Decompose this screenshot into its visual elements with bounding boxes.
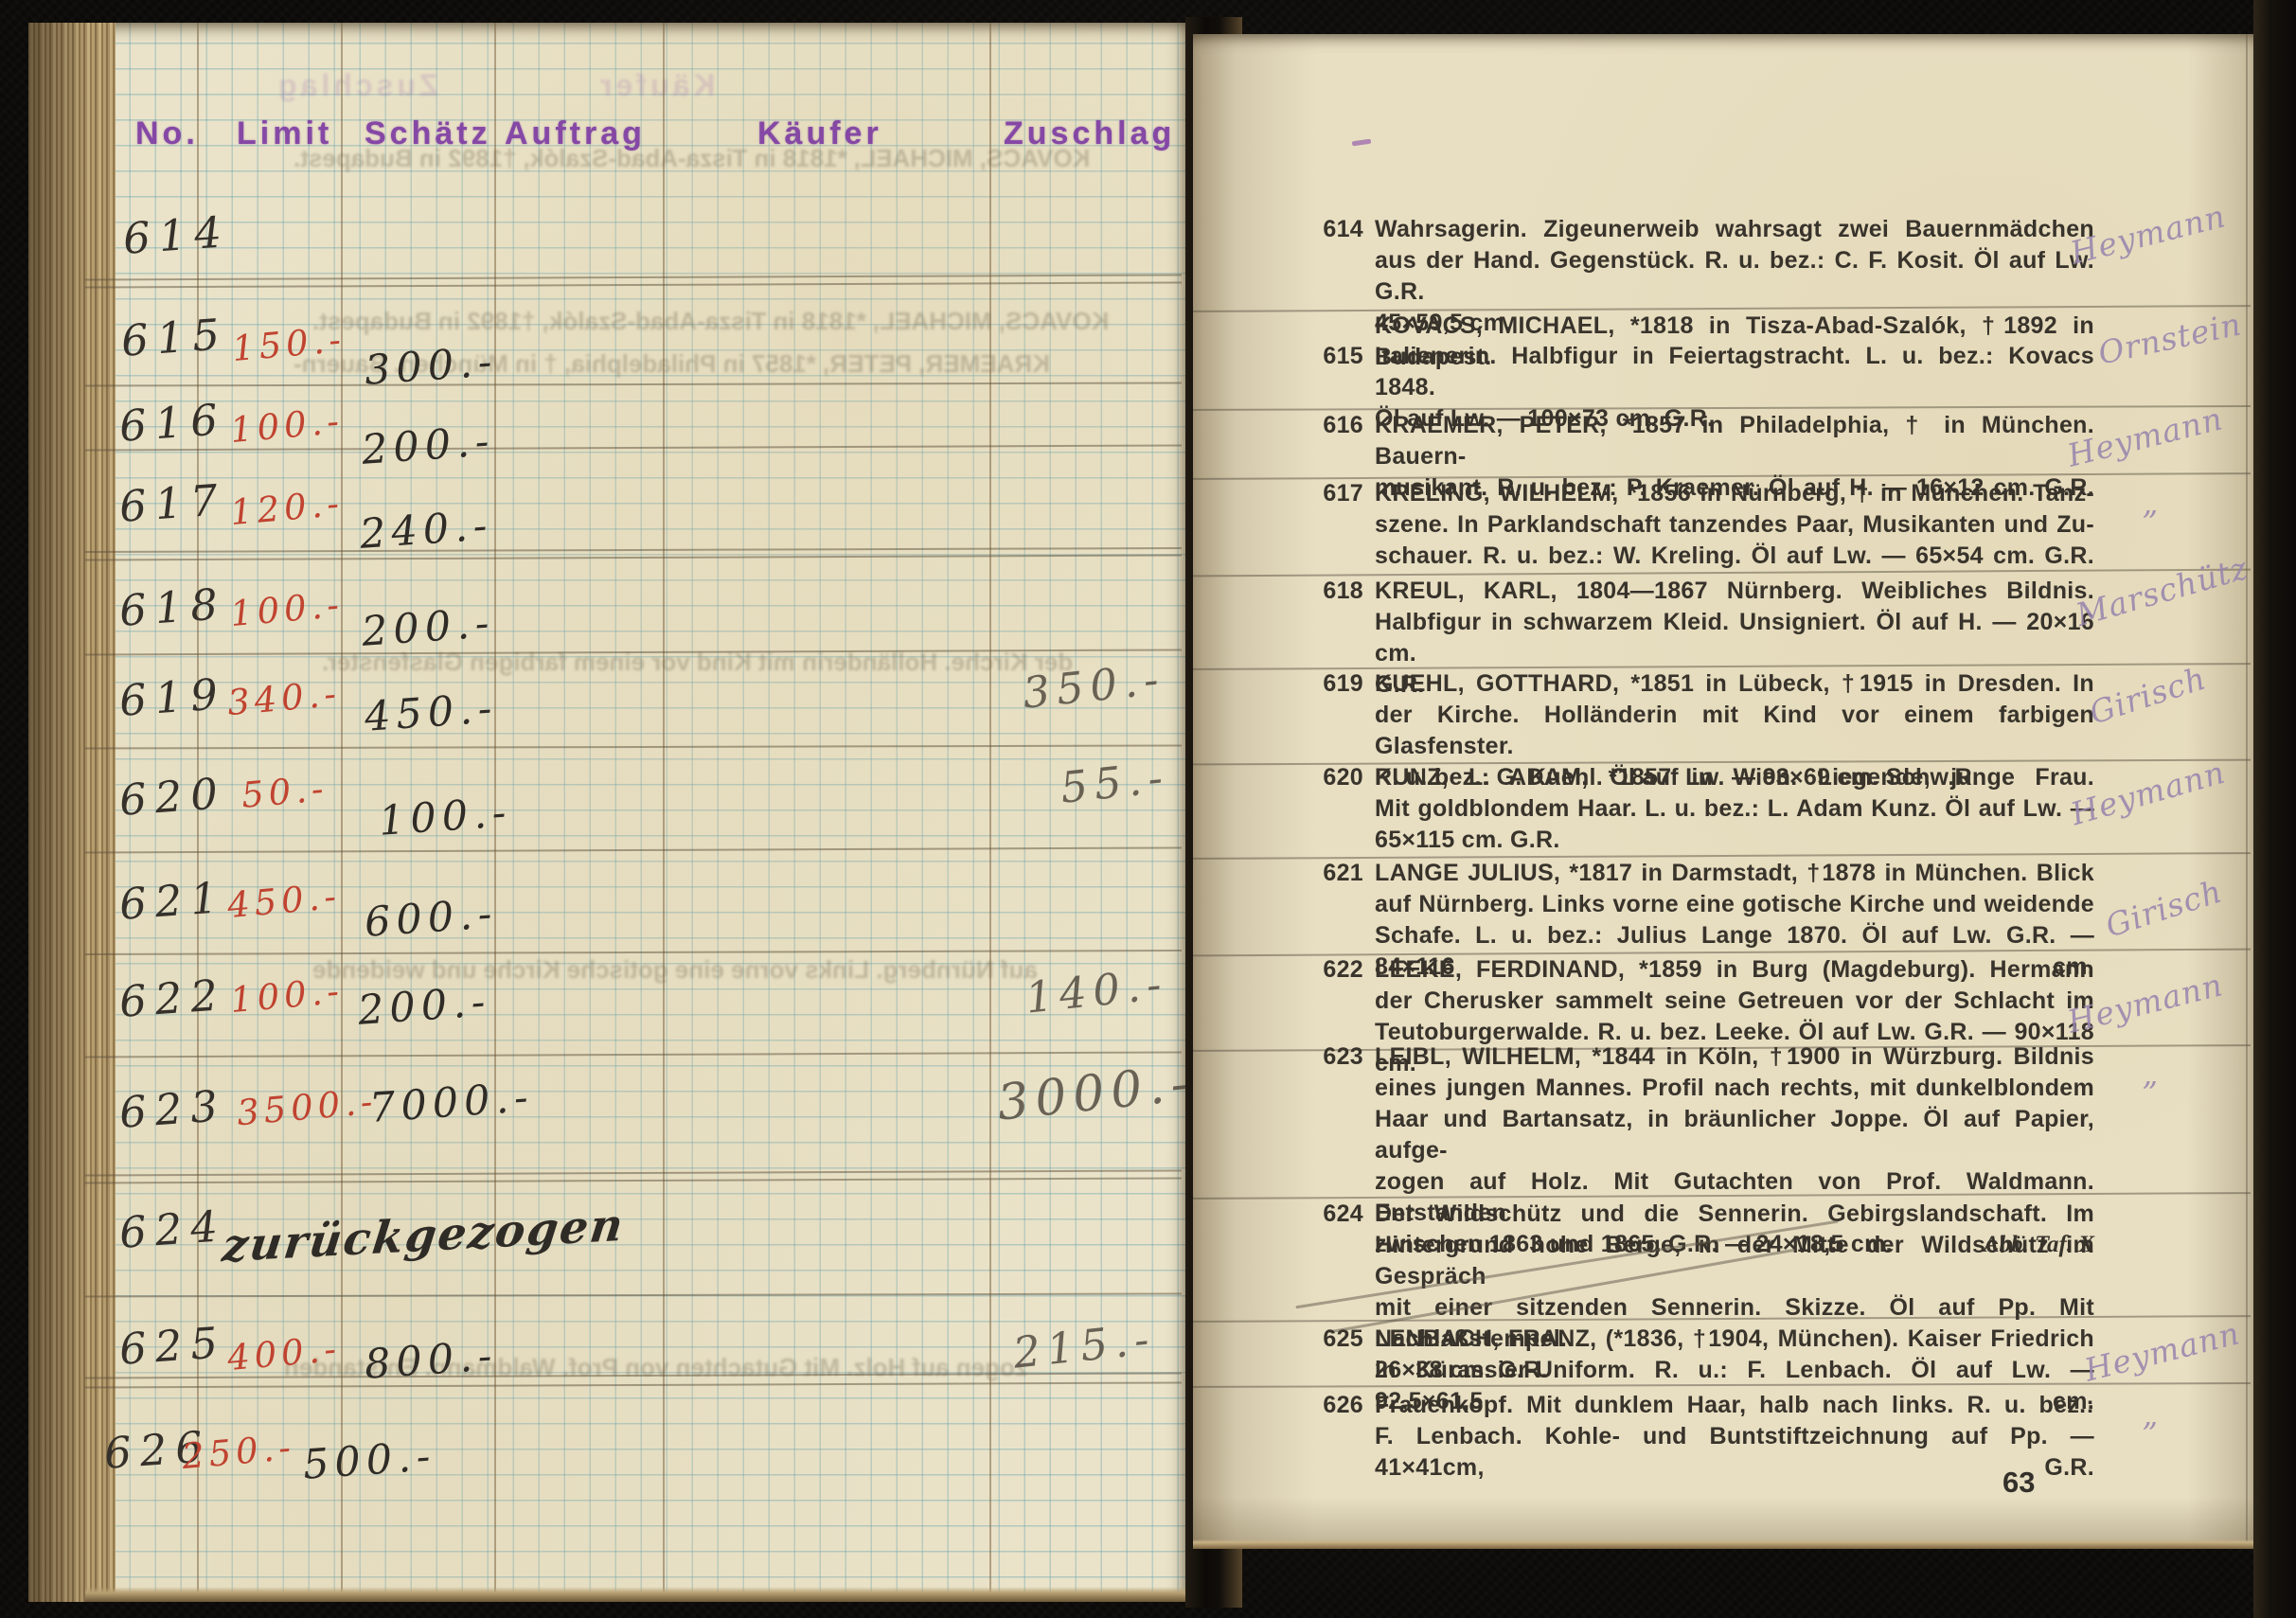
limit-value: 100.- — [228, 584, 345, 634]
lot-number: 616 — [117, 394, 227, 452]
page-bottom-edge — [85, 1587, 1185, 1602]
bleed-through-text: Zuschlag — [275, 68, 437, 103]
schaetz-value: 7000.- — [367, 1074, 535, 1132]
schaetz-value: 200.- — [360, 599, 495, 656]
entry-line: Haar und Bartansatz, in bräunlicher Jopp… — [1375, 1104, 2094, 1166]
entry-line: KRELING, WILHELM, *1856 in Nürnberg, † i… — [1375, 478, 2094, 509]
margin-annotation: Girisch — [2085, 659, 2211, 731]
limit-value: 120.- — [228, 483, 345, 533]
ruled-line — [85, 382, 1182, 386]
limit-value: 100.- — [228, 400, 345, 451]
page-bottom-edge — [1193, 1539, 2253, 1549]
margin-annotation: Heymann — [2081, 1314, 2244, 1388]
schaetz-value: 200.- — [356, 978, 491, 1035]
lot-number: 621 — [117, 872, 227, 930]
bleed-through-text: Käufer — [596, 68, 715, 103]
zuschlag-value: 55.- — [1059, 752, 1172, 813]
entry-line: eines jungen Mannes. Profil nach rechts,… — [1375, 1073, 2094, 1104]
lot-number: 619 — [1314, 668, 1363, 700]
page-edge-stack — [28, 23, 116, 1602]
withdrawn-note: zurückgezogen — [220, 1200, 628, 1273]
entry-line: LEEKE, FERDINAND, *1859 in Burg (Magdebu… — [1375, 954, 2094, 986]
limit-value: 250.- — [180, 1427, 296, 1477]
header-no: No. — [135, 116, 199, 152]
limit-value: 50.- — [240, 768, 329, 816]
entry-line: Der Wildschütz und die Sennerin. Gebirgs… — [1375, 1199, 2094, 1230]
header-kaeufer: Käufer — [757, 116, 882, 152]
lot-number: 617 — [1314, 478, 1363, 509]
lot-number: 619 — [117, 668, 227, 726]
ledger-page: Käufer Zuschlag KOVACS, MICHAEL, *1818 i… — [28, 23, 1185, 1602]
lot-number: 614 — [121, 206, 231, 264]
page-number: 63 — [2002, 1466, 2035, 1500]
limit-value: 340.- — [225, 673, 342, 723]
ruled-line — [85, 1051, 1182, 1058]
ruled-line — [85, 1177, 1182, 1183]
margin-annotation-ditto: ” — [2142, 504, 2159, 541]
lot-number: 618 — [1314, 576, 1363, 607]
lot-number: 622 — [117, 969, 227, 1027]
limit-value: 100.- — [228, 970, 345, 1021]
lot-number: 615 — [1314, 341, 1363, 372]
book-cover-edge — [2253, 0, 2296, 1618]
margin-annotation-ditto: ” — [2142, 1075, 2159, 1111]
catalog-entry-626: Frauenkopf. Mit dunklem Haar, halb nach … — [1375, 1390, 2094, 1484]
entry-line: Mit goldblondem Haar. L. u. bez.: L. Ada… — [1375, 793, 2094, 825]
entry-line: Italienerin. Halbfigur in Feiertagstrach… — [1375, 341, 2094, 403]
schaetz-value: 800.- — [363, 1332, 498, 1389]
margin-annotation: Ornstein — [2095, 305, 2245, 371]
entry-line: Frauenkopf. Mit dunklem Haar, halb nach … — [1375, 1390, 2094, 1421]
lot-number: 618 — [117, 578, 227, 636]
zuschlag-value: 3000.- — [994, 1055, 1197, 1131]
schaetz-value: 240.- — [358, 502, 493, 559]
schaetz-value: 300.- — [363, 338, 498, 395]
column-rule — [663, 23, 665, 1602]
lot-number: 616 — [1314, 410, 1363, 441]
entry-line: KREUL, KARL, 1804—1867 Nürnberg. Weiblic… — [1375, 576, 2094, 607]
entry-line: 65×115 cm. G.R. — [1375, 825, 2094, 856]
ruled-line — [85, 274, 1182, 280]
header-limit: Limit — [237, 116, 332, 152]
margin-annotation: Marschütz — [2072, 549, 2252, 633]
zuschlag-value: 215.- — [1011, 1313, 1158, 1378]
ruled-line — [85, 1381, 1182, 1388]
entry-line: LENBACH, FRANZ, (*1836, †1904, München).… — [1375, 1324, 2094, 1355]
header-zuschlag: Zuschlag — [1004, 116, 1175, 152]
ruled-line — [85, 846, 1182, 853]
schaetz-value: 200.- — [360, 418, 495, 474]
lot-number: 620 — [117, 768, 227, 826]
lot-number: 615 — [119, 309, 229, 366]
entry-line: der Kirche. Holländerin mit Kind vor ein… — [1375, 700, 2094, 762]
lot-number: 620 — [1314, 762, 1363, 793]
entry-line: aus der Hand. Gegenstück. R. u. bez.: C.… — [1375, 245, 2094, 308]
schaetz-value: 500.- — [301, 1432, 436, 1489]
entry-line: Halbfigur in schwarzem Kleid. Unsigniert… — [1375, 607, 2094, 669]
entry-line: szene. In Parklandschaft tanzendes Paar,… — [1375, 509, 2094, 541]
limit-value: 3500.- — [235, 1081, 379, 1134]
ruled-line — [85, 554, 1182, 560]
entry-line: F. Lenbach. Kohle- und Buntstiftzeichnun… — [1375, 1421, 2094, 1484]
lot-number: 623 — [117, 1080, 227, 1138]
entry-line: LEIBL, WILHELM, *1844 in Köln, †1900 in … — [1375, 1041, 2094, 1073]
entry-line: KUEHL, GOTTHARD, *1851 in Lübeck, †1915 … — [1375, 668, 2094, 700]
entry-line: der Cherusker sammelt seine Getreuen vor… — [1375, 986, 2094, 1017]
lot-number: 621 — [1314, 858, 1363, 889]
page-edge-line — [2246, 34, 2248, 1549]
header-schaetz: Schätz — [365, 116, 491, 152]
ruled-line — [85, 547, 1182, 553]
purple-dash-mark — [1352, 139, 1372, 147]
margin-annotation-ditto: ” — [2142, 1415, 2159, 1452]
margin-annotation: Heymann — [2067, 197, 2230, 271]
entry-line: KUNZ, L. ADAM, *1857 in Wien. Liegende, … — [1375, 762, 2094, 793]
zuschlag-value: 140.- — [1023, 958, 1170, 1022]
entry-line: schauer. R. u. bez.: W. Kreling. Öl auf … — [1375, 541, 2094, 572]
lot-number: 622 — [1314, 954, 1363, 986]
lot-number: 617 — [117, 474, 227, 532]
lot-number: 625 — [1314, 1324, 1363, 1355]
entry-line: Wahrsagerin. Zigeunerweib wahrsagt zwei … — [1375, 214, 2094, 245]
lot-number: 623 — [1314, 1041, 1363, 1073]
entry-line: KRAEMER, PETER, *1857 in Philadelphia, †… — [1375, 410, 2094, 472]
schaetz-value: 100.- — [377, 789, 512, 845]
catalog-entry-617: KRELING, WILHELM, *1856 in Nürnberg, † i… — [1375, 478, 2094, 572]
header-auftrag: Auftrag — [505, 116, 646, 152]
lot-number: 625 — [117, 1317, 227, 1375]
lot-number: 624 — [1314, 1199, 1363, 1230]
lot-number: 614 — [1314, 214, 1363, 245]
schaetz-value: 600.- — [363, 890, 498, 947]
margin-annotation: Girisch — [2101, 872, 2227, 944]
catalog-page: 614 Wahrsagerin. Zigeunerweib wahrsagt z… — [1193, 34, 2253, 1549]
ruled-line — [85, 281, 1182, 288]
column-rule — [989, 23, 991, 1602]
bleed-through-text: auf Nürnberg. Links vorne eine gotische … — [312, 955, 1038, 985]
ruled-line — [85, 1169, 1182, 1176]
entry-line: auf Nürnberg. Links vorne eine gotische … — [1375, 889, 2094, 920]
schaetz-value: 450.- — [363, 685, 498, 741]
limit-value: 450.- — [225, 876, 342, 926]
catalog-entry-620: KUNZ, L. ADAM, *1857 in Wien. Liegende, … — [1375, 762, 2094, 856]
lot-number: 624 — [117, 1200, 227, 1258]
ruled-line — [85, 744, 1182, 749]
entry-line: LANGE JULIUS, *1817 in Darmstadt, †1878 … — [1375, 858, 2094, 889]
ruled-line — [85, 1292, 1182, 1297]
lot-number: 626 — [1314, 1390, 1363, 1421]
